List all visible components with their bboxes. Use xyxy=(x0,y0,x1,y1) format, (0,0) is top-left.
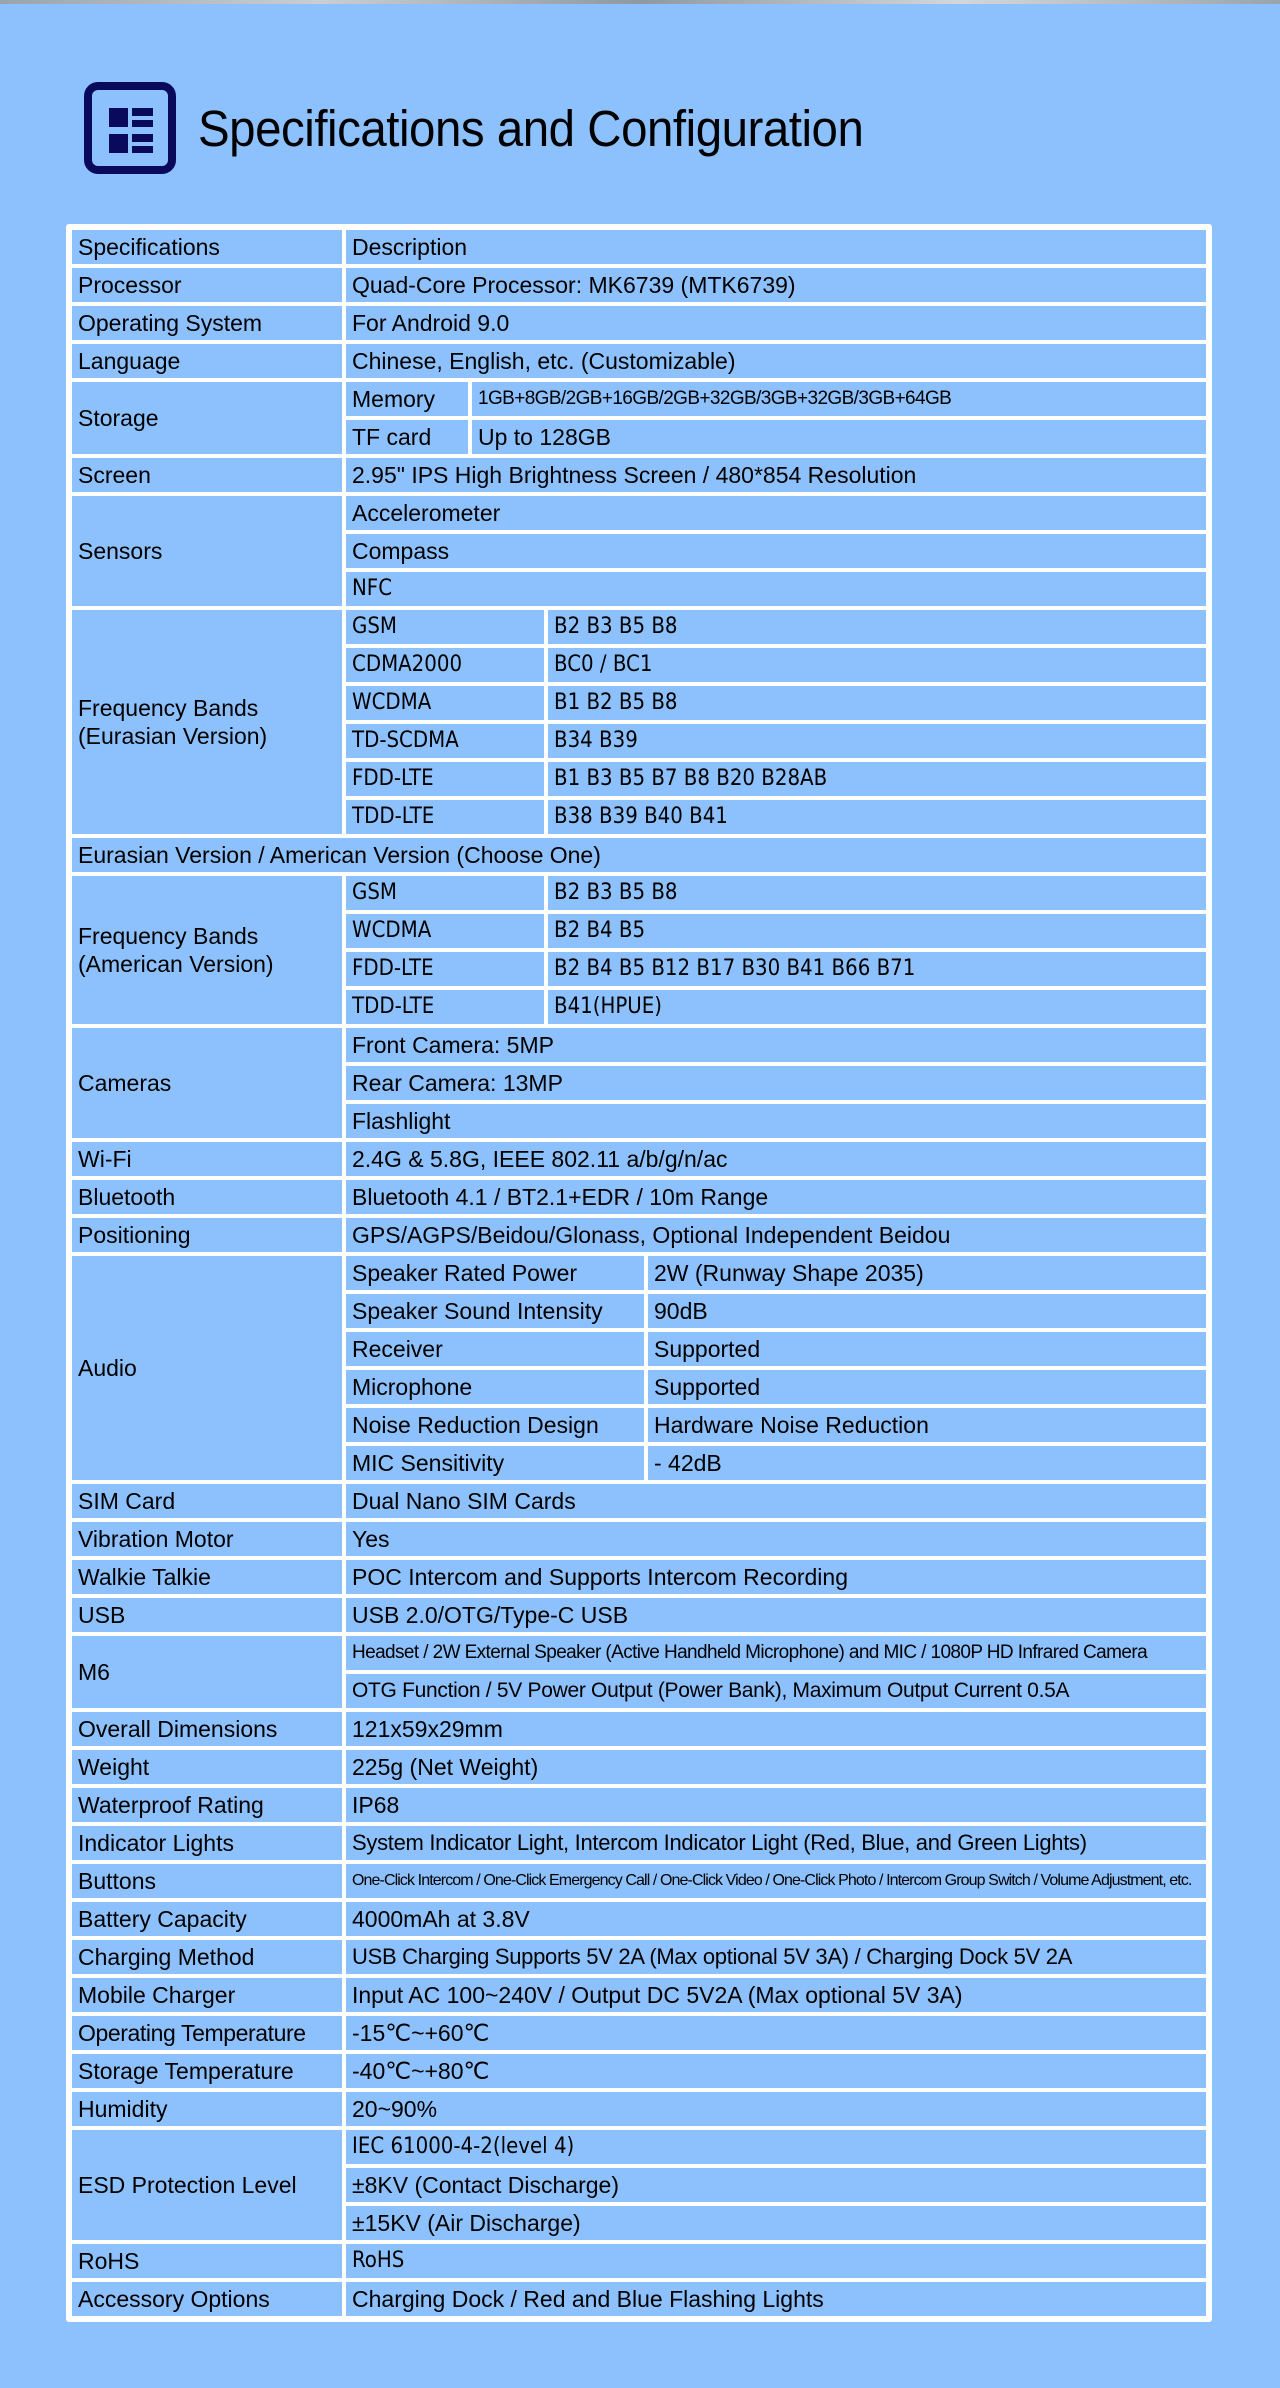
row-label: Weight xyxy=(70,1748,344,1786)
sub-value: B2 B4 B5 xyxy=(546,912,1208,950)
sub-label: Memory xyxy=(344,380,470,418)
table-row: SIM Card Dual Nano SIM Cards xyxy=(70,1482,1208,1520)
row-label: USB xyxy=(70,1596,344,1634)
row-value: USB Charging Supports 5V 2A (Max optiona… xyxy=(344,1938,1208,1976)
table-row: Operating System For Android 9.0 xyxy=(70,304,1208,342)
row-label: Bluetooth xyxy=(70,1178,344,1216)
table-row: Storage Memory 1GB+8GB/2GB+16GB/2GB+32GB… xyxy=(70,380,1208,418)
table-row: Language Chinese, English, etc. (Customi… xyxy=(70,342,1208,380)
table-row: Cameras Front Camera: 5MP xyxy=(70,1026,1208,1064)
row-label: Processor xyxy=(70,266,344,304)
row-value: Yes xyxy=(344,1520,1208,1558)
row-value: Dual Nano SIM Cards xyxy=(344,1482,1208,1520)
row-value: Input AC 100~240V / Output DC 5V2A (Max … xyxy=(344,1976,1208,2014)
sub-value: B2 B4 B5 B12 B17 B30 B41 B66 B71 xyxy=(546,950,1208,988)
table-row: Vibration Motor Yes xyxy=(70,1520,1208,1558)
row-value: USB 2.0/OTG/Type-C USB xyxy=(344,1596,1208,1634)
table-row: Sensors Accelerometer xyxy=(70,494,1208,532)
row-value: 20~90% xyxy=(344,2090,1208,2128)
sub-label: FDD-LTE xyxy=(344,950,546,988)
row-value: Quad-Core Processor: MK6739 (MTK6739) xyxy=(344,266,1208,304)
table-row: Overall Dimensions 121x59x29mm xyxy=(70,1710,1208,1748)
table-row: Positioning GPS/AGPS/Beidou/Glonass, Opt… xyxy=(70,1216,1208,1254)
table-row: Frequency Bands(American Version) GSM B2… xyxy=(70,874,1208,912)
row-label: Frequency Bands(Eurasian Version) xyxy=(70,608,344,836)
row-value: Bluetooth 4.1 / BT2.1+EDR / 10m Range xyxy=(344,1178,1208,1216)
row-label: Operating System xyxy=(70,304,344,342)
row-value: -40℃~+80℃ xyxy=(344,2052,1208,2090)
row-value: NFC xyxy=(344,570,1208,608)
header-description: Description xyxy=(344,228,1208,266)
sub-value: Supported xyxy=(646,1368,1208,1406)
table-row: Weight 225g (Net Weight) xyxy=(70,1748,1208,1786)
page-header: Specifications and Configuration xyxy=(84,78,913,178)
sub-label: TF card xyxy=(344,418,470,456)
sub-label: WCDMA xyxy=(344,912,546,950)
row-label: Language xyxy=(70,342,344,380)
table-row: Humidity 20~90% xyxy=(70,2090,1208,2128)
row-value: 2.95" IPS High Brightness Screen / 480*8… xyxy=(344,456,1208,494)
sub-label: TD-SCDMA xyxy=(344,722,546,760)
row-value: IEC 61000-4-2(level 4) xyxy=(344,2128,1208,2166)
top-edge-strip xyxy=(0,0,1280,4)
row-label: Walkie Talkie xyxy=(70,1558,344,1596)
sub-value: 1GB+8GB/2GB+16GB/2GB+32GB/3GB+32GB/3GB+6… xyxy=(470,380,1208,418)
table-row: Charging Method USB Charging Supports 5V… xyxy=(70,1938,1208,1976)
row-value: ±8KV (Contact Discharge) xyxy=(344,2166,1208,2204)
row-value: For Android 9.0 xyxy=(344,304,1208,342)
sub-label: Microphone xyxy=(344,1368,646,1406)
row-value: ±15KV (Air Discharge) xyxy=(344,2204,1208,2242)
row-value: -15℃~+60℃ xyxy=(344,2014,1208,2052)
row-value: Front Camera: 5MP xyxy=(344,1026,1208,1064)
row-label: Positioning xyxy=(70,1216,344,1254)
page-title: Specifications and Configuration xyxy=(198,99,863,158)
spec-table: Specifications Description Processor Qua… xyxy=(70,228,1208,2318)
row-label: ESD Protection Level xyxy=(70,2128,344,2242)
sub-value: B34 B39 xyxy=(546,722,1208,760)
row-value: Headset / 2W External Speaker (Active Ha… xyxy=(344,1634,1208,1672)
sub-label: FDD-LTE xyxy=(344,760,546,798)
sub-value: B2 B3 B5 B8 xyxy=(546,874,1208,912)
row-value: Flashlight xyxy=(344,1102,1208,1140)
row-value: System Indicator Light, Intercom Indicat… xyxy=(344,1824,1208,1862)
row-value: 4000mAh at 3.8V xyxy=(344,1900,1208,1938)
row-value: 2.4G & 5.8G, IEEE 802.11 a/b/g/n/ac xyxy=(344,1140,1208,1178)
table-row: Wi-Fi 2.4G & 5.8G, IEEE 802.11 a/b/g/n/a… xyxy=(70,1140,1208,1178)
sub-label: Receiver xyxy=(344,1330,646,1368)
row-label: Wi-Fi xyxy=(70,1140,344,1178)
table-row: Buttons One-Click Intercom / One-Click E… xyxy=(70,1862,1208,1900)
sub-label: Speaker Rated Power xyxy=(344,1254,646,1292)
table-row: Accessory Options Charging Dock / Red an… xyxy=(70,2280,1208,2318)
row-value: Chinese, English, etc. (Customizable) xyxy=(344,342,1208,380)
row-label: Mobile Charger xyxy=(70,1976,344,2014)
sub-value: B38 B39 B40 B41 xyxy=(546,798,1208,836)
table-row: Storage Temperature -40℃~+80℃ xyxy=(70,2052,1208,2090)
row-label: Accessory Options xyxy=(70,2280,344,2318)
version-note: Eurasian Version / American Version (Cho… xyxy=(70,836,1208,874)
row-label: SIM Card xyxy=(70,1482,344,1520)
table-row: Processor Quad-Core Processor: MK6739 (M… xyxy=(70,266,1208,304)
sub-label: Noise Reduction Design xyxy=(344,1406,646,1444)
row-label: Waterproof Rating xyxy=(70,1786,344,1824)
table-row: Frequency Bands(Eurasian Version) GSM B2… xyxy=(70,608,1208,646)
row-value: IP68 xyxy=(344,1786,1208,1824)
sub-value: Supported xyxy=(646,1330,1208,1368)
row-value: RoHS xyxy=(344,2242,1208,2280)
table-row: USB USB 2.0/OTG/Type-C USB xyxy=(70,1596,1208,1634)
sub-label: GSM xyxy=(344,608,546,646)
sub-label: TDD-LTE xyxy=(344,798,546,836)
spec-table-frame: Specifications Description Processor Qua… xyxy=(66,224,1212,2322)
sub-value: B1 B2 B5 B8 xyxy=(546,684,1208,722)
table-row: Audio Speaker Rated Power 2W (Runway Sha… xyxy=(70,1254,1208,1292)
row-label: Indicator Lights xyxy=(70,1824,344,1862)
row-value: Charging Dock / Red and Blue Flashing Li… xyxy=(344,2280,1208,2318)
row-value: Rear Camera: 13MP xyxy=(344,1064,1208,1102)
table-row: Waterproof Rating IP68 xyxy=(70,1786,1208,1824)
table-row: Mobile Charger Input AC 100~240V / Outpu… xyxy=(70,1976,1208,2014)
row-label: Screen xyxy=(70,456,344,494)
sub-label: WCDMA xyxy=(344,684,546,722)
sub-value: B41(HPUE) xyxy=(546,988,1208,1026)
table-row: Operating Temperature -15℃~+60℃ xyxy=(70,2014,1208,2052)
row-label: RoHS xyxy=(70,2242,344,2280)
row-label: M6 xyxy=(70,1634,344,1710)
sub-value: BC0 / BC1 xyxy=(546,646,1208,684)
table-row: Screen 2.95" IPS High Brightness Screen … xyxy=(70,456,1208,494)
row-value: 121x59x29mm xyxy=(344,1710,1208,1748)
spec-list-icon xyxy=(84,82,176,174)
sub-value: 2W (Runway Shape 2035) xyxy=(646,1254,1208,1292)
row-label: Humidity xyxy=(70,2090,344,2128)
table-row: Eurasian Version / American Version (Cho… xyxy=(70,836,1208,874)
row-value: GPS/AGPS/Beidou/Glonass, Optional Indepe… xyxy=(344,1216,1208,1254)
row-value: POC Intercom and Supports Intercom Recor… xyxy=(344,1558,1208,1596)
table-header-row: Specifications Description xyxy=(70,228,1208,266)
row-label: Sensors xyxy=(70,494,344,608)
sub-value: 90dB xyxy=(646,1292,1208,1330)
sub-label: TDD-LTE xyxy=(344,988,546,1026)
table-row: ESD Protection Level IEC 61000-4-2(level… xyxy=(70,2128,1208,2166)
row-value: 225g (Net Weight) xyxy=(344,1748,1208,1786)
table-row: Indicator Lights System Indicator Light,… xyxy=(70,1824,1208,1862)
table-row: Battery Capacity 4000mAh at 3.8V xyxy=(70,1900,1208,1938)
row-label: Storage Temperature xyxy=(70,2052,344,2090)
sub-label: GSM xyxy=(344,874,546,912)
row-label: Frequency Bands(American Version) xyxy=(70,874,344,1026)
row-label: Overall Dimensions xyxy=(70,1710,344,1748)
sub-value: B1 B3 B5 B7 B8 B20 B28AB xyxy=(546,760,1208,798)
sub-value: Hardware Noise Reduction xyxy=(646,1406,1208,1444)
row-label: Vibration Motor xyxy=(70,1520,344,1558)
row-label: Storage xyxy=(70,380,344,456)
row-value: Compass xyxy=(344,532,1208,570)
sub-label: MIC Sensitivity xyxy=(344,1444,646,1482)
sub-value: B2 B3 B5 B8 xyxy=(546,608,1208,646)
row-value: One-Click Intercom / One-Click Emergency… xyxy=(344,1862,1208,1900)
sub-value: - 42dB xyxy=(646,1444,1208,1482)
row-label: Audio xyxy=(70,1254,344,1482)
row-value: Accelerometer xyxy=(344,494,1208,532)
row-label: Battery Capacity xyxy=(70,1900,344,1938)
table-row: Bluetooth Bluetooth 4.1 / BT2.1+EDR / 10… xyxy=(70,1178,1208,1216)
table-row: RoHS RoHS xyxy=(70,2242,1208,2280)
table-row: M6 Headset / 2W External Speaker (Active… xyxy=(70,1634,1208,1672)
row-value: OTG Function / 5V Power Output (Power Ba… xyxy=(344,1672,1208,1710)
row-label: Charging Method xyxy=(70,1938,344,1976)
sub-label: CDMA2000 xyxy=(344,646,546,684)
header-specifications: Specifications xyxy=(70,228,344,266)
row-label: Operating Temperature xyxy=(70,2014,344,2052)
row-label: Buttons xyxy=(70,1862,344,1900)
sub-label: Speaker Sound Intensity xyxy=(344,1292,646,1330)
row-label: Cameras xyxy=(70,1026,344,1140)
sub-value: Up to 128GB xyxy=(470,418,1208,456)
table-row: Walkie Talkie POC Intercom and Supports … xyxy=(70,1558,1208,1596)
